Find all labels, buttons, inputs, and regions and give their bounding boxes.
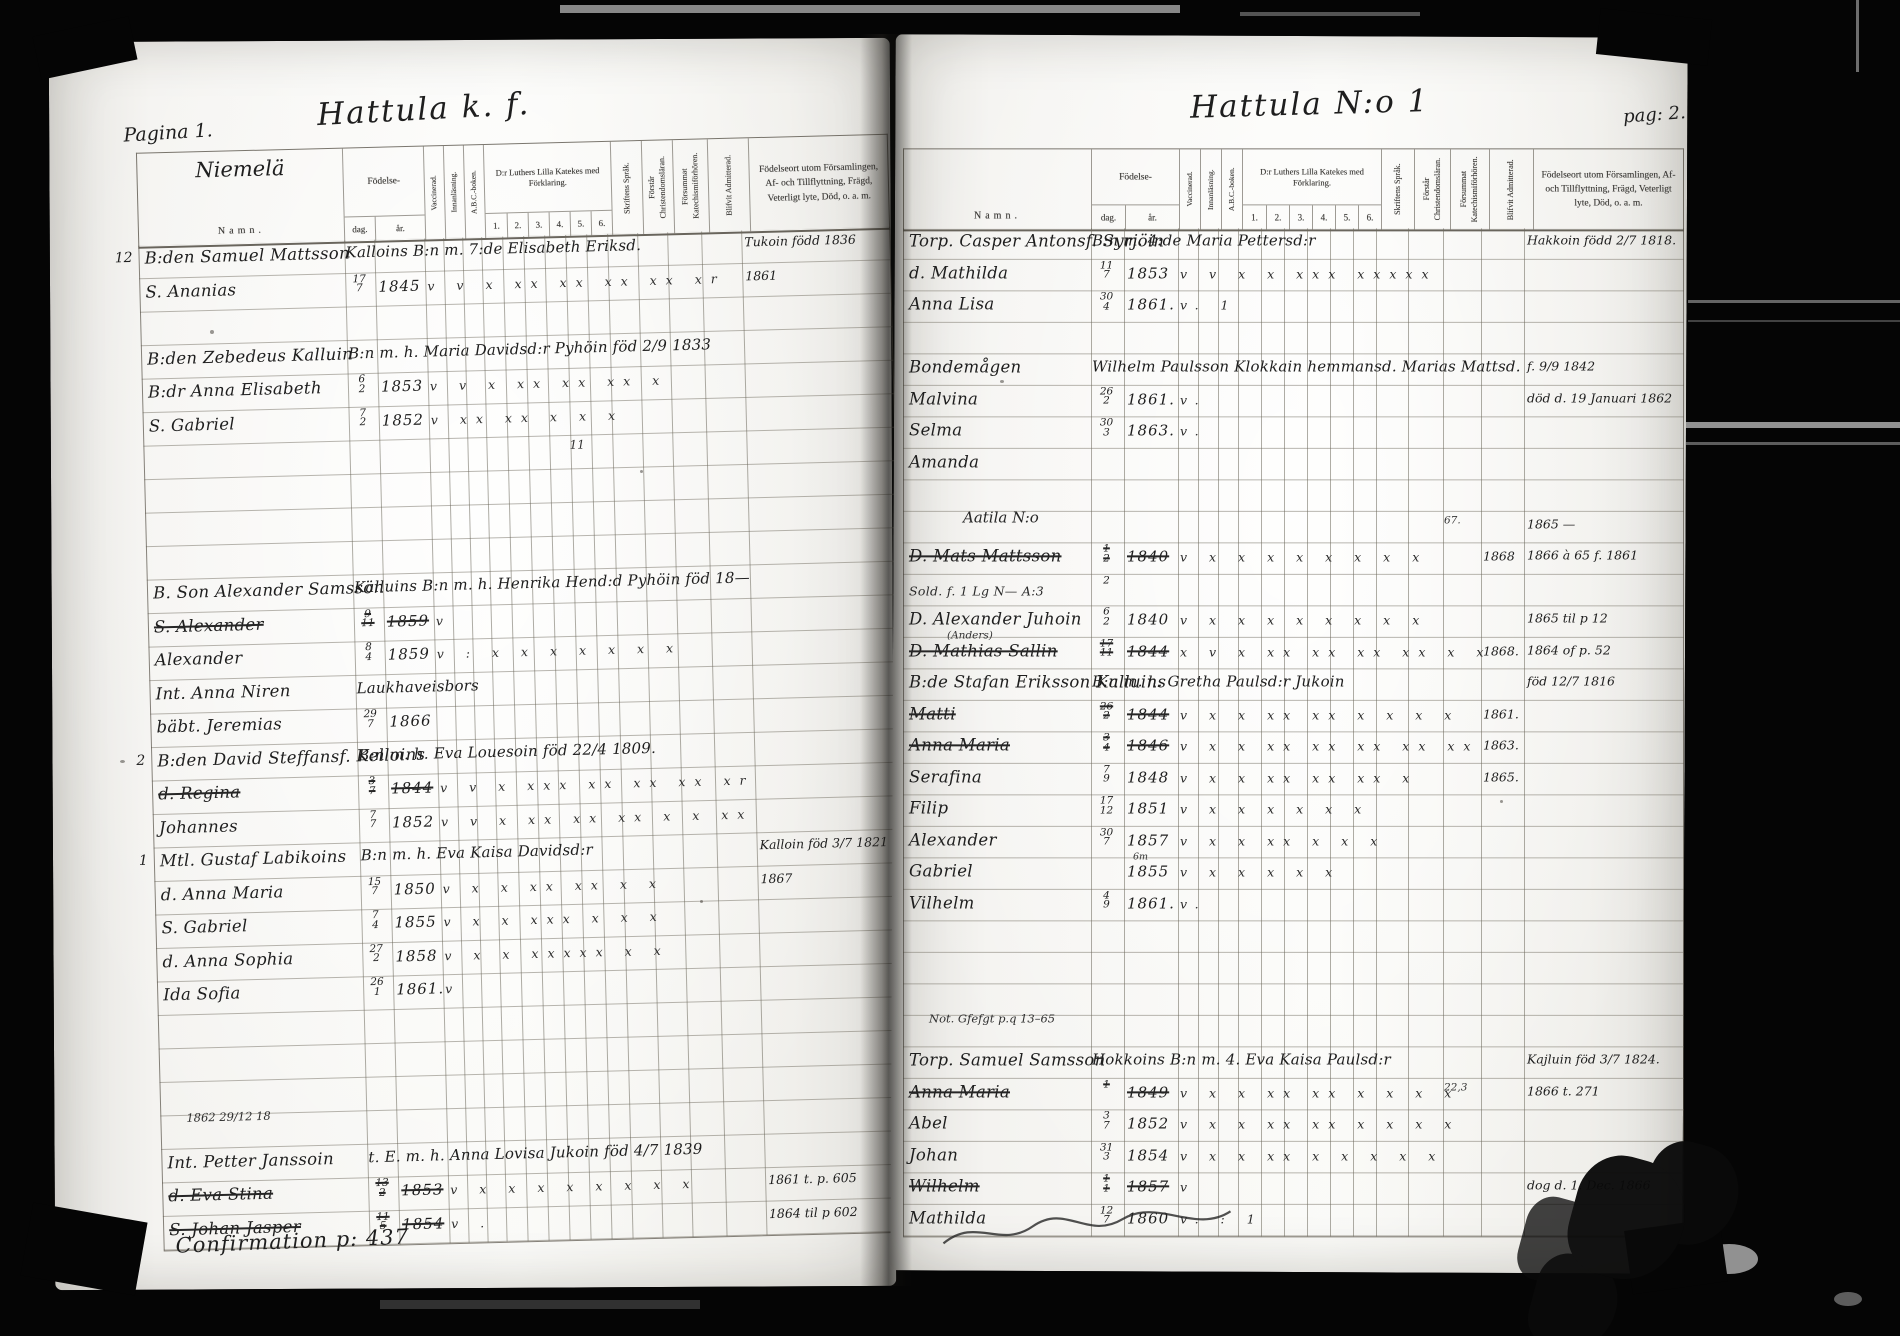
entry-admitted-year: 1863. (1483, 737, 1519, 752)
scan-scratch (1240, 12, 1420, 16)
entry-birth-year: 1849 (1127, 1083, 1169, 1101)
entry-examination-marks: v x x xx xx xx xx xx (1180, 738, 1479, 753)
header-understands-label: Förstår Christendomsläran. (646, 144, 670, 230)
header-catechism-label: D:r Luthers Lilla Katekes med Förklaring… (1243, 149, 1381, 204)
table-rows-right: Torp. Casper Antonsf. SyrjöinB:n m. 4:de… (903, 228, 1682, 1236)
entry-name: Malvina (909, 389, 978, 408)
entry-note: 1865 — (1527, 516, 1575, 531)
entry-examination-marks: x v x xx xx xx xx x x (1180, 644, 1492, 659)
entry-row: Alexander3071857v x x xx x x x (903, 827, 1682, 859)
entry-birth-year: 1855 (394, 912, 437, 931)
entry-birth-day: 132 (367, 1179, 397, 1200)
entry-birth-year: 1866 (389, 712, 432, 731)
entry-birth-day-part: 7 (1090, 271, 1123, 281)
header-understands-column: Förstår Christendomsläran. (1414, 149, 1450, 229)
entry-examination-marks: v x x x x x x x x (450, 1176, 699, 1197)
entry-examination-marks: v x x xx x x x x x (1180, 1148, 1444, 1163)
entry-birth-day: 37 (1090, 1111, 1123, 1131)
entry-name: Selma (909, 420, 962, 439)
entry-birth-year: 1853 (1127, 264, 1169, 282)
entry-birth-day-part: 4 (354, 653, 384, 664)
entry-name: S. Alexander (154, 614, 264, 636)
entry-birth-day-part: 3 (1090, 1153, 1123, 1163)
entry-name: Anna Maria (909, 1082, 1010, 1101)
entry-birth-day-part: 11 (353, 619, 383, 630)
header-catechism-column: D:r Luthers Lilla Katekes med Förklaring… (1242, 149, 1381, 229)
entry-birth-year: 1848 (1127, 768, 1169, 786)
entry-name: d. Anna Maria (160, 882, 283, 904)
entry-continuation: Kalloins B:n m. 7:de Elisabeth Eriksd. (345, 236, 641, 261)
scan-scratch (1688, 320, 1900, 322)
entry-birth-day-part: 1 (362, 988, 392, 999)
entry-birth-day-part: 2 (1090, 397, 1123, 407)
entry-note: 1867 (760, 870, 792, 886)
entry-note: 1866 à 65 f. 1861 (1527, 547, 1638, 562)
entry-row: d. Mathilda1171853v v x x xxx xxxxx (903, 260, 1682, 292)
entry-birth-day-part: 4 (360, 921, 390, 932)
entry-birth-year: 1846 (1127, 736, 1169, 754)
entry-continuation: Laukhaveisbors (356, 676, 479, 697)
entry-examination-marks: v x x x x x (1180, 864, 1341, 879)
entry-birth-year: 1851 (1127, 799, 1169, 817)
entry-birth-year: 1857 (1127, 1177, 1169, 1195)
entry-birth-day-part: 7 (1090, 838, 1123, 848)
entry-missed-exam-mark: 22,3 (1444, 1081, 1467, 1093)
entry-note: 1861 (745, 267, 777, 283)
entry-birth-day: 74 (360, 911, 390, 932)
entry-admitted-year: 1868. (1483, 643, 1519, 658)
scan-scratch (1856, 0, 1859, 72)
entry-row: Malvina2621861.v.död d. 19 Januari 1862 (903, 386, 1682, 417)
entry-birth-year: 1844 (391, 778, 434, 797)
entry-note: 1861 t. p. 605 (768, 1170, 857, 1187)
entry-name: D. Mathias Sallin (909, 641, 1058, 660)
scanned-document: Pagina 1. Hattula k. f. Niemelä Namn. Fö… (0, 0, 1900, 1336)
header-birth-label: Födelse- (1092, 149, 1179, 204)
entry-note: Hakkoin född 2/7 1818. (1527, 232, 1676, 247)
entry-birth-day-part: 7 (358, 820, 388, 831)
entry-admitted-year: 1861. (1483, 706, 1519, 721)
header-understands-column: Förstår Christendomsläran. (641, 140, 674, 234)
scan-scratch (560, 5, 1180, 13)
entry-place-label: Aatila N:o (963, 508, 1039, 526)
entry-note: Kajluin föd 3/7 1824. (1527, 1051, 1660, 1066)
screenshot-root: { "headers": { "namn": "Namn.", "fodelse… (0, 0, 1900, 1336)
entry-name: Serafina (909, 767, 982, 786)
header-vaccinated-column: Vaccinerad. (1179, 149, 1200, 229)
entry-birth-year: 1859 (387, 611, 430, 630)
header-missed-exam-column: Försummat Katechismiförhören. (1450, 149, 1489, 229)
entry-birth-day-part: 1 (1090, 1184, 1123, 1194)
entry-birth-day: 72 (347, 408, 377, 429)
header-admitted-label: Blifvit Admitterad. (1506, 159, 1517, 220)
entry-birth-day: 177 (344, 274, 374, 295)
header-catechism-label: D:r Luthers Lilla Katekes med Förklaring… (484, 142, 612, 213)
scan-scratch (1688, 300, 1900, 303)
entry-row: Filip17121851v x x x x x x (903, 795, 1682, 827)
header-catechism-5: 5. (570, 211, 592, 236)
entry-examination-marks: v v x x xxx xxxxx (1180, 266, 1438, 281)
entry-marginal-note: Not. Gfefgt p.q 13–65 (929, 1011, 1055, 1025)
entry-name: S. Gabriel (161, 916, 247, 937)
entry-birth-year: 1861. (1127, 390, 1175, 408)
parish-title-left: Hattula k. f. (316, 86, 531, 133)
entry-birth-day-part: 2 (1090, 617, 1123, 627)
entry-note: 1864 til p 602 (769, 1203, 858, 1220)
header-reading-column: Innanläsning. (443, 146, 465, 239)
entry-name: B:den Samuel Mattsson (144, 243, 350, 267)
header-notes-label: Födelseort utom Församlingen, Af- och Ti… (1534, 164, 1683, 215)
header-vaccinated-label: Vaccinerad. (429, 175, 440, 210)
entry-birth-day-part: 4 (1090, 302, 1123, 312)
entry-birth-day-part: 9 (1090, 901, 1123, 911)
entry-examination-marks: v v x xx xx xx xx xr (427, 270, 726, 293)
scan-scratch (1686, 442, 1900, 445)
entry-row: B:de Stafan Eriksson KalluinsB:n m. h. G… (903, 669, 1682, 701)
entry-birth-day: 37 (357, 777, 387, 798)
entry-row: BondemågenWilhelm Paulsson Klokkain hemm… (903, 354, 1682, 386)
entry-name: Wilhelm (909, 1176, 980, 1195)
entry-name: B:dr Anna Elisabeth (148, 378, 322, 401)
entry-name: Amanda (909, 452, 979, 471)
page-gutter (860, 34, 912, 1286)
entry-continuation: B:n m. h. Eva Louesoin föd 22/4 1809. (358, 738, 656, 764)
entry-birth-day: 62 (347, 375, 377, 396)
entry-continuation: B:n m. h. Eva Kaisa Davidsd:r (361, 840, 594, 864)
entry-name: Filip (909, 798, 948, 817)
scan-speck (120, 760, 125, 763)
entry-birth-year: 1861. (1127, 295, 1175, 313)
header-reading-label: Innanläsning. (1206, 169, 1216, 210)
entry-row: Vilhelm491861.v. (903, 890, 1682, 922)
entry-row: Johan3131854v x x xx x x x x x (903, 1142, 1682, 1174)
page-number-left: Pagina 1. (123, 119, 213, 146)
scan-speck (1500, 800, 1503, 803)
entry-name: d. Eva Stina (168, 1184, 273, 1206)
entry-birth-day-part: 11 (1090, 649, 1123, 659)
entry-name: d. Anna Sophia (162, 949, 293, 971)
entry-birth-day: 262 (1090, 387, 1123, 407)
header-catechism-4: 4. (549, 212, 571, 237)
entry-birth-day: 157 (359, 877, 389, 898)
entry-examination-marks: v x x xx xx x x x x (1180, 1085, 1460, 1100)
entry-name: Vilhelm (909, 893, 975, 912)
entry-stray-mark: 11 (569, 438, 585, 452)
entry-examination-marks: v x x xx xx x x x x (1180, 707, 1460, 722)
header-vaccinated-label: Vaccinerad. (1185, 172, 1195, 207)
header-catechism-2: 2. (1266, 205, 1289, 229)
header-abc-label: A.B.C.-boken. (469, 170, 480, 214)
header-missed-exam-label: Försummat Katechismiförhören. (679, 144, 703, 230)
entry-row: Selma3031863.v. (903, 417, 1682, 449)
entry-birth-day-part: 4 (1090, 743, 1123, 753)
header-script-column: Skriftens Språk. (1381, 149, 1414, 229)
entry-birth-day: 297 (355, 710, 385, 731)
entry-birth-day-part: 3 (1090, 428, 1123, 438)
entry-birth-day-part: 2 (367, 1188, 397, 1199)
entry-margin-number: 2 (109, 752, 145, 769)
entry-examination-marks: v (445, 981, 461, 996)
header-namn-label: Namn. (218, 225, 265, 237)
entry-name: B:den Zebedeus Kalluin (147, 344, 353, 368)
entry-name: Anna Maria (909, 735, 1010, 754)
entry-examination-marks: v. (1180, 392, 1208, 407)
entry-birth-year: 1863. (1127, 421, 1175, 439)
entry-margin-number: 12 (96, 250, 132, 267)
entry-birth-year: 1852 (382, 410, 425, 429)
entry-birth-day-part: 2 (1090, 554, 1123, 564)
scan-scratch (1686, 422, 1900, 428)
ink-scribble (936, 1201, 1237, 1255)
header-notes-column: Födelseort utom Församlingen, Af- och Ti… (1533, 149, 1683, 229)
header-catechism-6: 6. (1358, 205, 1381, 229)
header-birth-label: Födelse- (343, 147, 425, 217)
entry-continuation: Hokkoins B:n m. 4. Eva Kaisa Paulsd:r (1092, 1050, 1391, 1068)
header-birth-column: Födelse- dag. år. (1091, 149, 1179, 229)
entry-continuation: t. E. m. h. Anna Lovisa Jukoin föd 4/7 1… (368, 1139, 703, 1165)
entry-note: f. 9/9 1842 (1527, 358, 1595, 373)
header-catechism-column: D:r Luthers Lilla Katekes med Förklaring… (483, 142, 612, 238)
scan-speck (640, 470, 643, 473)
entry-note: 1866 t. 271 (1527, 1083, 1600, 1098)
header-abc-column: A.B.C.-boken. (1221, 149, 1242, 229)
scan-smudge (380, 1300, 700, 1309)
table-rows-left: 12B:den Samuel MattssonKalloins B:n m. 7… (138, 227, 913, 1251)
scan-speck (700, 900, 703, 903)
header-birth-day: dag. (1092, 205, 1125, 229)
header-catechism-3: 3. (528, 212, 550, 237)
header-name-column: Niemelä Namn. (137, 149, 344, 247)
entry-name: Int. Petter Janssoin (167, 1149, 334, 1172)
entry-row: D. Mathias Sallin(Anders)17111844x v x x… (903, 638, 1682, 670)
header-abc-label: A.B.C.-boken. (1227, 167, 1237, 211)
entry-name: Int. Anna Niren (155, 681, 290, 703)
entry-name: Anna Lisa (909, 294, 995, 313)
header-birth-year: år. (375, 216, 426, 241)
entry-continuation: Wilhelm Paulsson Klokkain hemmansd. Mari… (1092, 357, 1521, 375)
entry-examination-marks: v . (451, 1215, 493, 1231)
entry-birth-day: 304 (1090, 292, 1123, 312)
entry-name: Ida Sofia (163, 983, 241, 1004)
entry-row: D. Mats Mattsson121840v x x x x x x x x1… (903, 543, 1682, 575)
header-catechism-4: 4. (1312, 205, 1335, 229)
entry-examination-marks: v x x xxxxx x x (444, 942, 670, 963)
entry-examination-marks: v v x xx xx xx x (430, 372, 669, 393)
entry-note: Tukoin född 1836 (744, 232, 856, 250)
entry-birth-day: 117 (1090, 261, 1123, 281)
entry-examination-marks: v xx xx x x x (431, 407, 625, 427)
entry-examination-marks: v x x xx xx x x x x (1180, 1116, 1460, 1131)
entry-note: 1864 of p. 52 (1527, 642, 1611, 657)
entry-birth-day: 262 (1090, 702, 1123, 722)
entry-row: Wilhelm111857vdog d. 1. Dec. 1866 (903, 1173, 1682, 1205)
entry-birth-year: 1850 (393, 879, 436, 898)
entry-margin-number: 1 (112, 853, 148, 870)
header-name-column: Namn. (904, 149, 1091, 229)
entry-continuation: Kalluins B:n m. h. Henrika Hend:d Pyhöin… (354, 568, 750, 596)
entry-examination-marks: v x x xx xx x x (442, 875, 665, 896)
entry-examination-marks: v x x x x x x x x (1180, 549, 1428, 564)
entry-row: Torp. Samuel SamssonHokkoins B:n m. 4. E… (903, 1047, 1682, 1079)
header-missed-exam-label: Försummat Katechismiförhören. (1459, 153, 1481, 225)
entry-name: S. Gabriel (149, 414, 235, 435)
entry-row: Sold. f. 1 Lg N— A:32 (903, 575, 1682, 607)
entry-birth-day-part: 7 (357, 787, 387, 798)
entry-examination-marks: v x x x x x x (1180, 801, 1370, 816)
entry-birth-year: 1855 (1127, 862, 1169, 880)
entry-birth-year: 1840 (1127, 610, 1169, 628)
header-catechism-3: 3. (1289, 205, 1312, 229)
header-catechism-1: 1. (1243, 205, 1266, 229)
entry-year-annotation: 6m (1133, 851, 1148, 862)
entry-birth-day-part: 7 (355, 720, 385, 731)
entry-examination-marks: v. 1 (1180, 297, 1237, 312)
village-name: Niemelä (195, 156, 285, 182)
header-catechism-2: 2. (507, 213, 529, 238)
right-page-content: Hattula N:o 1 pag: 2. Namn. Födelse- dag… (895, 34, 1687, 1270)
entry-birth-day: 11 (1090, 1174, 1123, 1194)
entry-name: Gabriel (909, 861, 973, 880)
header-missed-exam-column: Försummat Katechismiförhören. (672, 139, 709, 233)
entry-birth-day-part: 7 (1090, 1121, 1123, 1131)
entry-examination-marks: v x x xxx x x x (443, 909, 666, 930)
entry-name: Johan (909, 1145, 958, 1164)
left-page-content: Pagina 1. Hattula k. f. Niemelä Namn. Fö… (45, 22, 917, 1291)
entry-name: Alexander (909, 830, 997, 849)
entry-birth-day: 84 (353, 643, 383, 664)
entry-birth-year: 1844 (1127, 642, 1169, 660)
entry-name: Abel (909, 1113, 948, 1132)
entry-name: Matti (909, 704, 956, 723)
entry-birth-day: 303 (1090, 418, 1123, 438)
entry-birth-year: 1845 (378, 276, 421, 295)
entry-birth-year: 1859 (387, 645, 430, 664)
entry-birth-day: 79 (1090, 765, 1123, 785)
entry-birth-day: 261 (362, 978, 392, 999)
header-catechism-1: 1. (486, 213, 508, 238)
entry-name: Mtl. Gustaf Labikoins (160, 847, 347, 871)
entry-row: Amanda (903, 449, 1682, 481)
entry-row: Matti2621844v x x xx xx x x x x1861. (903, 701, 1682, 733)
entry-birth-day-part: 12 (1090, 806, 1123, 816)
entry-examination-marks: v x x xx xx xx x (1180, 770, 1418, 785)
entry-name: Bondemågen (909, 357, 1021, 376)
entry-birth-day: 77 (358, 810, 388, 831)
entry-admitted-year: 1865. (1483, 769, 1519, 784)
entry-examination-marks: v (1180, 1179, 1196, 1194)
entry-name: d. Mathilda (909, 263, 1008, 282)
scan-speck (1000, 380, 1004, 383)
entry-birth-year: 1852 (392, 812, 435, 831)
header-catechism-5: 5. (1335, 205, 1358, 229)
header-catechism-6: 6. (591, 211, 613, 236)
right-page: Hattula N:o 1 pag: 2. Namn. Födelse- dag… (890, 34, 1687, 1273)
left-page: Pagina 1. Hattula k. f. Niemelä Namn. Fö… (49, 38, 897, 1290)
entry-examination-marks: v v x xxx xx xx xx xr (440, 772, 755, 795)
header-birth-day: dag. (345, 217, 376, 242)
header-admitted-column: Blifvit Admitterad. (1489, 149, 1533, 229)
entry-birth-day-part: 2 (1090, 712, 1123, 722)
entry-birth-day-part: 2 (348, 418, 378, 429)
scan-blotch (1834, 1292, 1862, 1306)
entry-birth-day: 49 (1090, 891, 1123, 911)
entry-name: Alexander (155, 648, 243, 669)
entry-birth-year: 1858 (395, 946, 438, 965)
entry-birth-day-part: 9 (1090, 775, 1123, 785)
entry-name-annotation: (Anders) (947, 629, 993, 641)
entry-marginal-note: 1862 29/12 18 (186, 1109, 271, 1125)
entry-admitted-year: 1868 (1483, 548, 1515, 563)
entry-birth-year: 1857 (1127, 831, 1169, 849)
header-birth-year: år. (1125, 205, 1179, 229)
scan-speck (210, 330, 214, 334)
entry-note: död d. 19 Januari 1862 (1527, 390, 1672, 405)
entry-name: Sold. f. 1 Lg N— A:3 (909, 583, 1044, 598)
entry-continuation: B:n m. h. Maria Davidsd:r Pyhöin föd 2/9… (348, 335, 711, 362)
header-abc-column: A.B.C.-boken. (463, 145, 485, 238)
header-script-column: Skriftens Språk. (610, 141, 643, 235)
entry-birth-day: 12 (1090, 544, 1123, 564)
entry-continuation: B:n m. h. Gretha Paulsd:r Jukoin (1092, 672, 1345, 690)
entry-birth-day: 1712 (1090, 796, 1123, 816)
entry-row: Serafina791848v x x xx xx xx x1865. (903, 764, 1682, 796)
entry-birth-year: 1840 (1127, 547, 1169, 565)
entry-examination-marks: v (436, 612, 452, 627)
entry-row: Anna Maria11849v x x xx xx x x x x22,318… (903, 1079, 1682, 1111)
header-script-label: Skriftens Språk. (621, 162, 633, 214)
entry-birth-year: 1844 (1127, 705, 1169, 723)
entry-examination-marks: v. (1180, 896, 1208, 911)
header-script-label: Skriftens Språk. (1393, 164, 1404, 216)
header-birth-column: Födelse- dag. år. (342, 147, 425, 242)
entry-row: Aatila N:o67.1865 — (903, 512, 1682, 544)
entry-birth-day: 62 (1090, 607, 1123, 627)
entry-examination-marks: v v x xx xx xx x x xx (441, 806, 754, 829)
entry-row: Abel371852v x x xx xx x x x x (903, 1110, 1682, 1142)
header-reading-column: Innanläsning. (1200, 149, 1221, 229)
page-number-right: pag: 2. (1622, 102, 1686, 127)
entry-name: D. Alexander Juhoin (909, 609, 1082, 628)
entry-name: S. Ananias (145, 280, 236, 301)
entry-examination-marks: v : x x x x x x x (437, 640, 683, 661)
entry-birth-day: 272 (361, 944, 391, 965)
entry-birth-day: 1711 (1090, 639, 1123, 659)
entry-birth-day: 307 (1090, 828, 1123, 848)
entry-name: Torp. Samuel Samsson (909, 1050, 1106, 1069)
entry-birth-year: 1852 (1127, 1114, 1169, 1132)
entry-name: d. Regina (158, 782, 241, 803)
entry-birth-day-part: 7 (360, 887, 390, 898)
entry-birth-day-part: 2 (347, 385, 377, 396)
table-header-right: Namn. Födelse- dag. år. Vaccinerad. Inna… (903, 148, 1684, 231)
entry-birth-year: 1854 (1127, 1146, 1169, 1164)
entry-missed-exam-mark: 67. (1444, 514, 1461, 526)
entry-name: D. Mats Mattsson (909, 546, 1062, 565)
entry-row: D. Alexander Juhoin621840v x x x x x x x… (903, 606, 1682, 638)
header-admitted-label: Blifvit Admitterad. (723, 155, 735, 216)
entry-birth-day: 2 (1090, 576, 1123, 586)
entry-birth-day-part: 1 (1090, 1080, 1123, 1090)
header-admitted-column: Blifvit Admitterad. (707, 138, 750, 232)
entry-birth-day: 34 (1090, 733, 1123, 753)
entry-row: Gabriel18556mv x x x x x (903, 858, 1682, 890)
entry-birth-year: 1853 (381, 377, 424, 396)
entry-name: Johannes (159, 816, 238, 837)
parish-title-right: Hattula N:o 1 (1190, 83, 1430, 126)
entry-row: Anna Lisa3041861.v. 1 (903, 291, 1682, 323)
header-reading-label: Innanläsning. (449, 172, 460, 213)
entry-birth-day-part: 7 (344, 284, 374, 295)
